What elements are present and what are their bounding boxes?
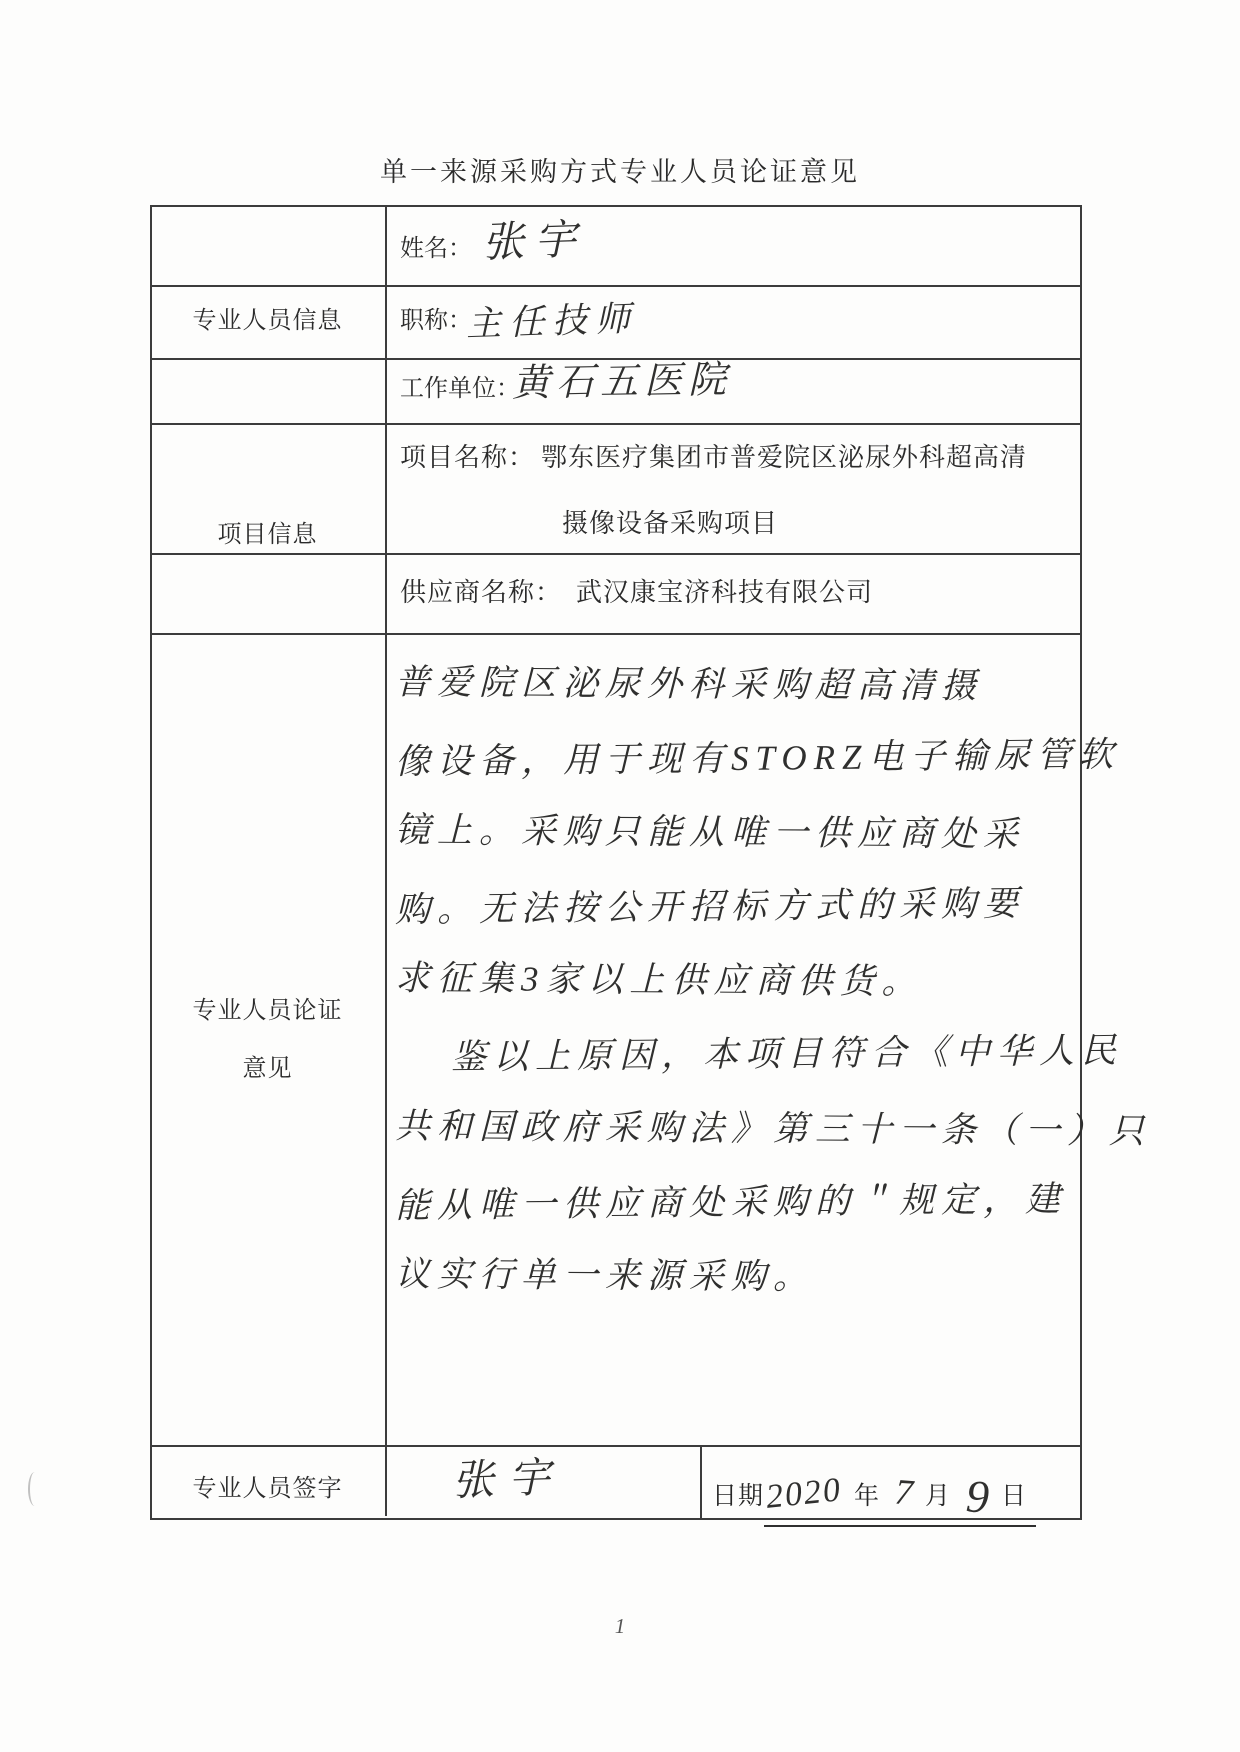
opinion-handwritten-text: 普爱院区泌尿外科采购超高清摄 像设备，用于现有STORZ电子输尿管软 镜上。采购… [395,648,1071,1314]
grid-line-row5 [150,633,1082,635]
document-page: 单一来源采购方式专业人员论证意见 专业人员信息 项目信息 专业人员论证 意见 专… [0,0,1240,1752]
section-label-opinion-line2: 意见 [150,1048,385,1083]
date-year-handwritten: 2020 [764,1471,844,1517]
signature-handwritten: 张宇 [451,1444,565,1508]
supplier-value: 武汉康宝济科技有限公司 [576,572,873,609]
opinion-line: 购。无法按公开招标方式的采购要 [395,866,1072,947]
opinion-line: 像设备，用于现有STORZ电子输尿管软 [395,718,1072,799]
date-day-unit: 日 [1001,1476,1026,1512]
date-field: 日期 2020 年 7 月 9 日 [712,1462,1036,1527]
title-handwritten-value: 主任技师 [465,291,639,347]
opinion-line: 鉴以上原因，本项目符合《中华人民 [395,1014,1072,1095]
grid-line-row6 [150,1445,1082,1447]
date-month-unit: 月 [925,1476,950,1512]
document-title: 单一来源采购方式专业人员论证意见 [0,150,1240,189]
opinion-line: 镜上。采购只能从唯一供应商处采 [395,794,1072,873]
date-year-unit: 年 [854,1476,879,1512]
date-day-handwritten: 9 [965,1469,991,1523]
name-field-label: 姓名： [400,228,472,263]
section-label-project-info: 项目信息 [150,514,385,549]
project-name-value-line2: 摄像设备采购项目 [562,503,778,540]
opinion-line: 求征集3家以上供应商供货。 [395,942,1072,1021]
section-label-opinion-line1: 专业人员论证 [150,990,385,1025]
supplier-field-label: 供应商名称： [400,572,562,609]
date-underline: 2020 年 7 月 9 日 [764,1462,1036,1527]
scan-artifact-mark [28,1472,44,1506]
grid-line-label-column [385,205,387,1516]
grid-line-row4 [150,553,1082,555]
grid-line-row1 [150,285,1082,287]
section-label-personnel-info: 专业人员信息 [150,300,385,335]
opinion-line: 能从唯一供应商处采购的＂规定，建 [395,1162,1072,1243]
date-month-handwritten: 7 [894,1470,915,1513]
org-field-label: 工作单位： [400,368,520,403]
name-handwritten-value: 张宇 [481,206,587,270]
project-name-value-line1: 鄂东医疗集团市普爱院区泌尿外科超高清 [541,437,1027,474]
opinion-line: 普爱院区泌尿外科采购超高清摄 [395,646,1072,725]
project-name-field-label: 项目名称： [400,437,535,474]
org-handwritten-value: 黄石五医院 [512,348,733,407]
opinion-line: 议实行单一来源采购。 [395,1238,1072,1317]
date-label: 日期 [712,1476,764,1512]
page-number: 1 [600,1614,640,1639]
grid-line-date-column [700,1445,702,1520]
opinion-line: 共和国政府采购法》第三十一条（一）只 [395,1090,1072,1169]
section-label-signature: 专业人员签字 [150,1468,385,1503]
title-field-label: 职称： [400,300,472,335]
grid-line-row3 [150,423,1082,425]
